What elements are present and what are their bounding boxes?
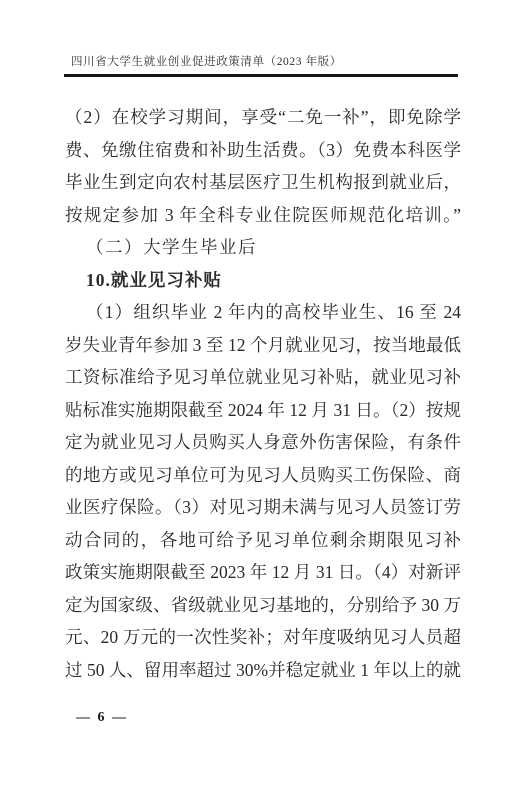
body-line: 的地方或见习单位可为见习人员购买工伤保险、商 xyxy=(65,459,461,492)
body-line: 政策实施期限截至 2023 年 12 月 31 日。（4）对新评 xyxy=(65,556,461,589)
body-line: 元、20 万元的一次性奖补；对年度吸纳见习人员超 xyxy=(65,621,461,654)
body-line: （2）在校学习期间，享受“二免一补”，即免除学 xyxy=(65,101,461,134)
body-line: （1）组织毕业 2 年内的高校毕业生、16 至 24 xyxy=(65,296,461,329)
body-line: 业医疗保险。（3）对见习期未满与见习人员签订劳 xyxy=(65,491,461,524)
section-heading: （二）大学生毕业后 xyxy=(65,231,461,264)
body-line: 动合同的，各地可给予见习单位剩余期限见习补贴， xyxy=(65,524,461,557)
body-line: 贴标准实施期限截至 2024 年 12 月 31 日。（2）按规 xyxy=(65,394,461,427)
body-line: 岁失业青年参加 3 至 12 个月就业见习，按当地最低 xyxy=(65,329,461,362)
item-heading: 10.就业见习补贴 xyxy=(65,264,461,297)
page-number: — 6 — xyxy=(76,710,128,726)
body-line: 定为就业见习人员购买人身意外伤害保险，有条件 xyxy=(65,426,461,459)
body-line: 按规定参加 3 年全科专业住院医师规范化培训。” xyxy=(65,199,461,232)
body-line: 定为国家级、省级就业见习基地的，分别给予 30 万 xyxy=(65,589,461,622)
header-rule-divider xyxy=(64,74,458,77)
document-page: 四川省大学生就业创业促进政策清单（2023 年版） （2）在校学习期间，享受“二… xyxy=(0,0,529,794)
body-line: 毕业生到定向农村基层医疗卫生机构报到就业后， xyxy=(65,166,461,199)
body-line: 工资标准给予见习单位就业见习补贴，就业见习补 xyxy=(65,361,461,394)
page-footer: — 6 — xyxy=(76,710,128,726)
header-title: 四川省大学生就业创业促进政策清单（2023 年版） xyxy=(64,53,458,69)
body-line: 费、免缴住宿费和补助生活费。（3）免费本科医学 xyxy=(65,134,461,167)
body-text-block: （2）在校学习期间，享受“二免一补”，即免除学 费、免缴住宿费和补助生活费。（3… xyxy=(65,101,461,686)
running-header: 四川省大学生就业创业促进政策清单（2023 年版） xyxy=(64,53,458,77)
body-line: 过 50 人、留用率超过 30%并稳定就业 1 年以上的就 xyxy=(65,654,461,687)
